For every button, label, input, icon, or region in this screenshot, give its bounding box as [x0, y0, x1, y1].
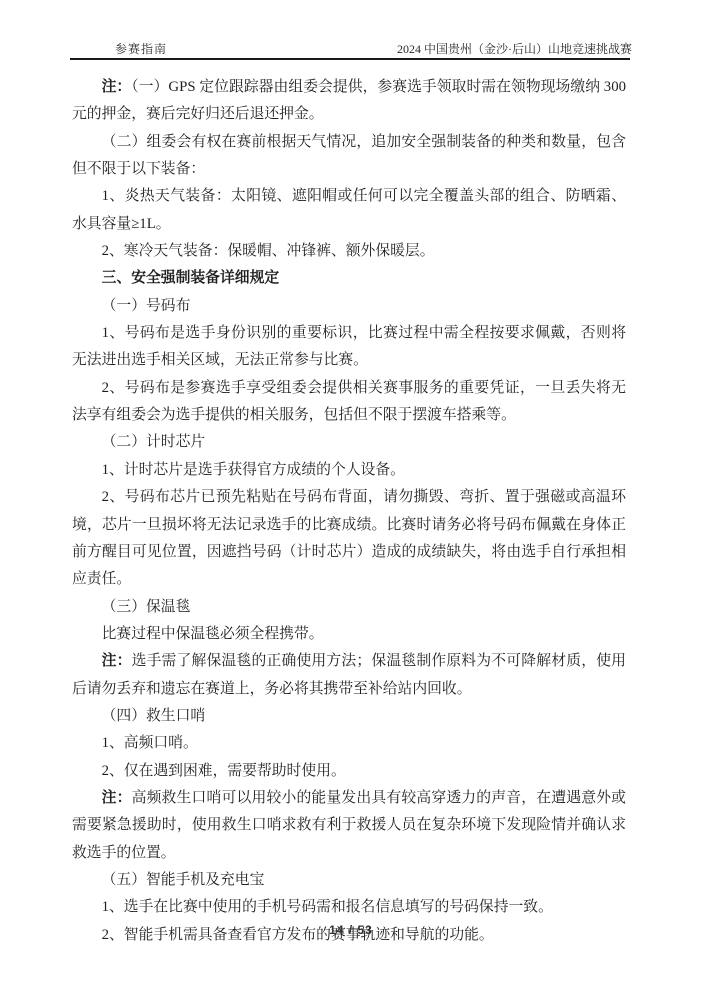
paragraph: 1、选手在比赛中使用的手机号码需和报名信息填写的号码保持一致。 — [72, 894, 626, 921]
paragraph: （二）组委会有权在赛前根据天气情况，追加安全强制装备的种类和数量，包含但不限于以… — [72, 129, 626, 184]
paragraph: （一）号码布 — [72, 293, 626, 320]
note-paragraph: 注：（一）GPS 定位跟踪器由组委会提供，参赛选手领取时需在领物现场缴纳 300… — [72, 74, 626, 129]
note-label: 注： — [102, 790, 132, 806]
paragraph: 1、号码布是选手身份识别的重要标识，比赛过程中需全程按要求佩戴，否则将无法进出选… — [72, 320, 626, 375]
paragraph: 比赛过程中保温毯必须全程携带。 — [72, 621, 626, 648]
paragraph: 1、高频口哨。 — [72, 730, 626, 757]
paragraph: 2、寒冷天气装备：保暖帽、冲锋裤、额外保暖层。 — [72, 238, 626, 265]
paragraph: 1、计时芯片是选手获得官方成绩的个人设备。 — [72, 457, 626, 484]
note-paragraph: 注：高频救生口哨可以用较小的能量发出具有较高穿透力的声音，在遭遇意外或需要紧急援… — [72, 785, 626, 867]
page-number: 14 / 53 — [0, 923, 702, 937]
paragraph: 2、号码布芯片已预先粘贴在号码布背面，请勿撕毁、弯折、置于强磁或高温环境，芯片一… — [72, 484, 626, 593]
paragraph: （五）智能手机及充电宝 — [72, 867, 626, 894]
paragraph: 2、号码布是参赛选手享受组委会提供相关赛事服务的重要凭证，一旦丢失将无法享有组委… — [72, 375, 626, 430]
header-event-title: 2024 中国贵州（金沙·后山）山地竞速挑战赛 — [397, 40, 632, 57]
section-heading: 三、安全强制装备详细规定 — [72, 265, 626, 292]
paragraph: 2、仅在遇到困难，需要帮助时使用。 — [72, 758, 626, 785]
document-page: 参赛指南 2024 中国贵州（金沙·后山）山地竞速挑战赛 注：（一）GPS 定位… — [0, 0, 702, 993]
header-doc-title: 参赛指南 — [115, 40, 167, 57]
note-label: 注： — [102, 653, 132, 669]
paragraph: 1、炎热天气装备：太阳镜、遮阳帽或任何可以完全覆盖头部的组合、防晒霜、水具容量≥… — [72, 183, 626, 238]
note-label: 注： — [102, 79, 132, 95]
document-body: 注：（一）GPS 定位跟踪器由组委会提供，参赛选手领取时需在领物现场缴纳 300… — [72, 74, 626, 949]
note-paragraph: 注：选手需了解保温毯的正确使用方法；保温毯制作原料为不可降解材质，使用后请勿丢弃… — [72, 648, 626, 703]
paragraph: （四）救生口哨 — [72, 703, 626, 730]
paragraph: （三）保温毯 — [72, 594, 626, 621]
header-rule — [70, 58, 630, 60]
paragraph: （二）计时芯片 — [72, 429, 626, 456]
